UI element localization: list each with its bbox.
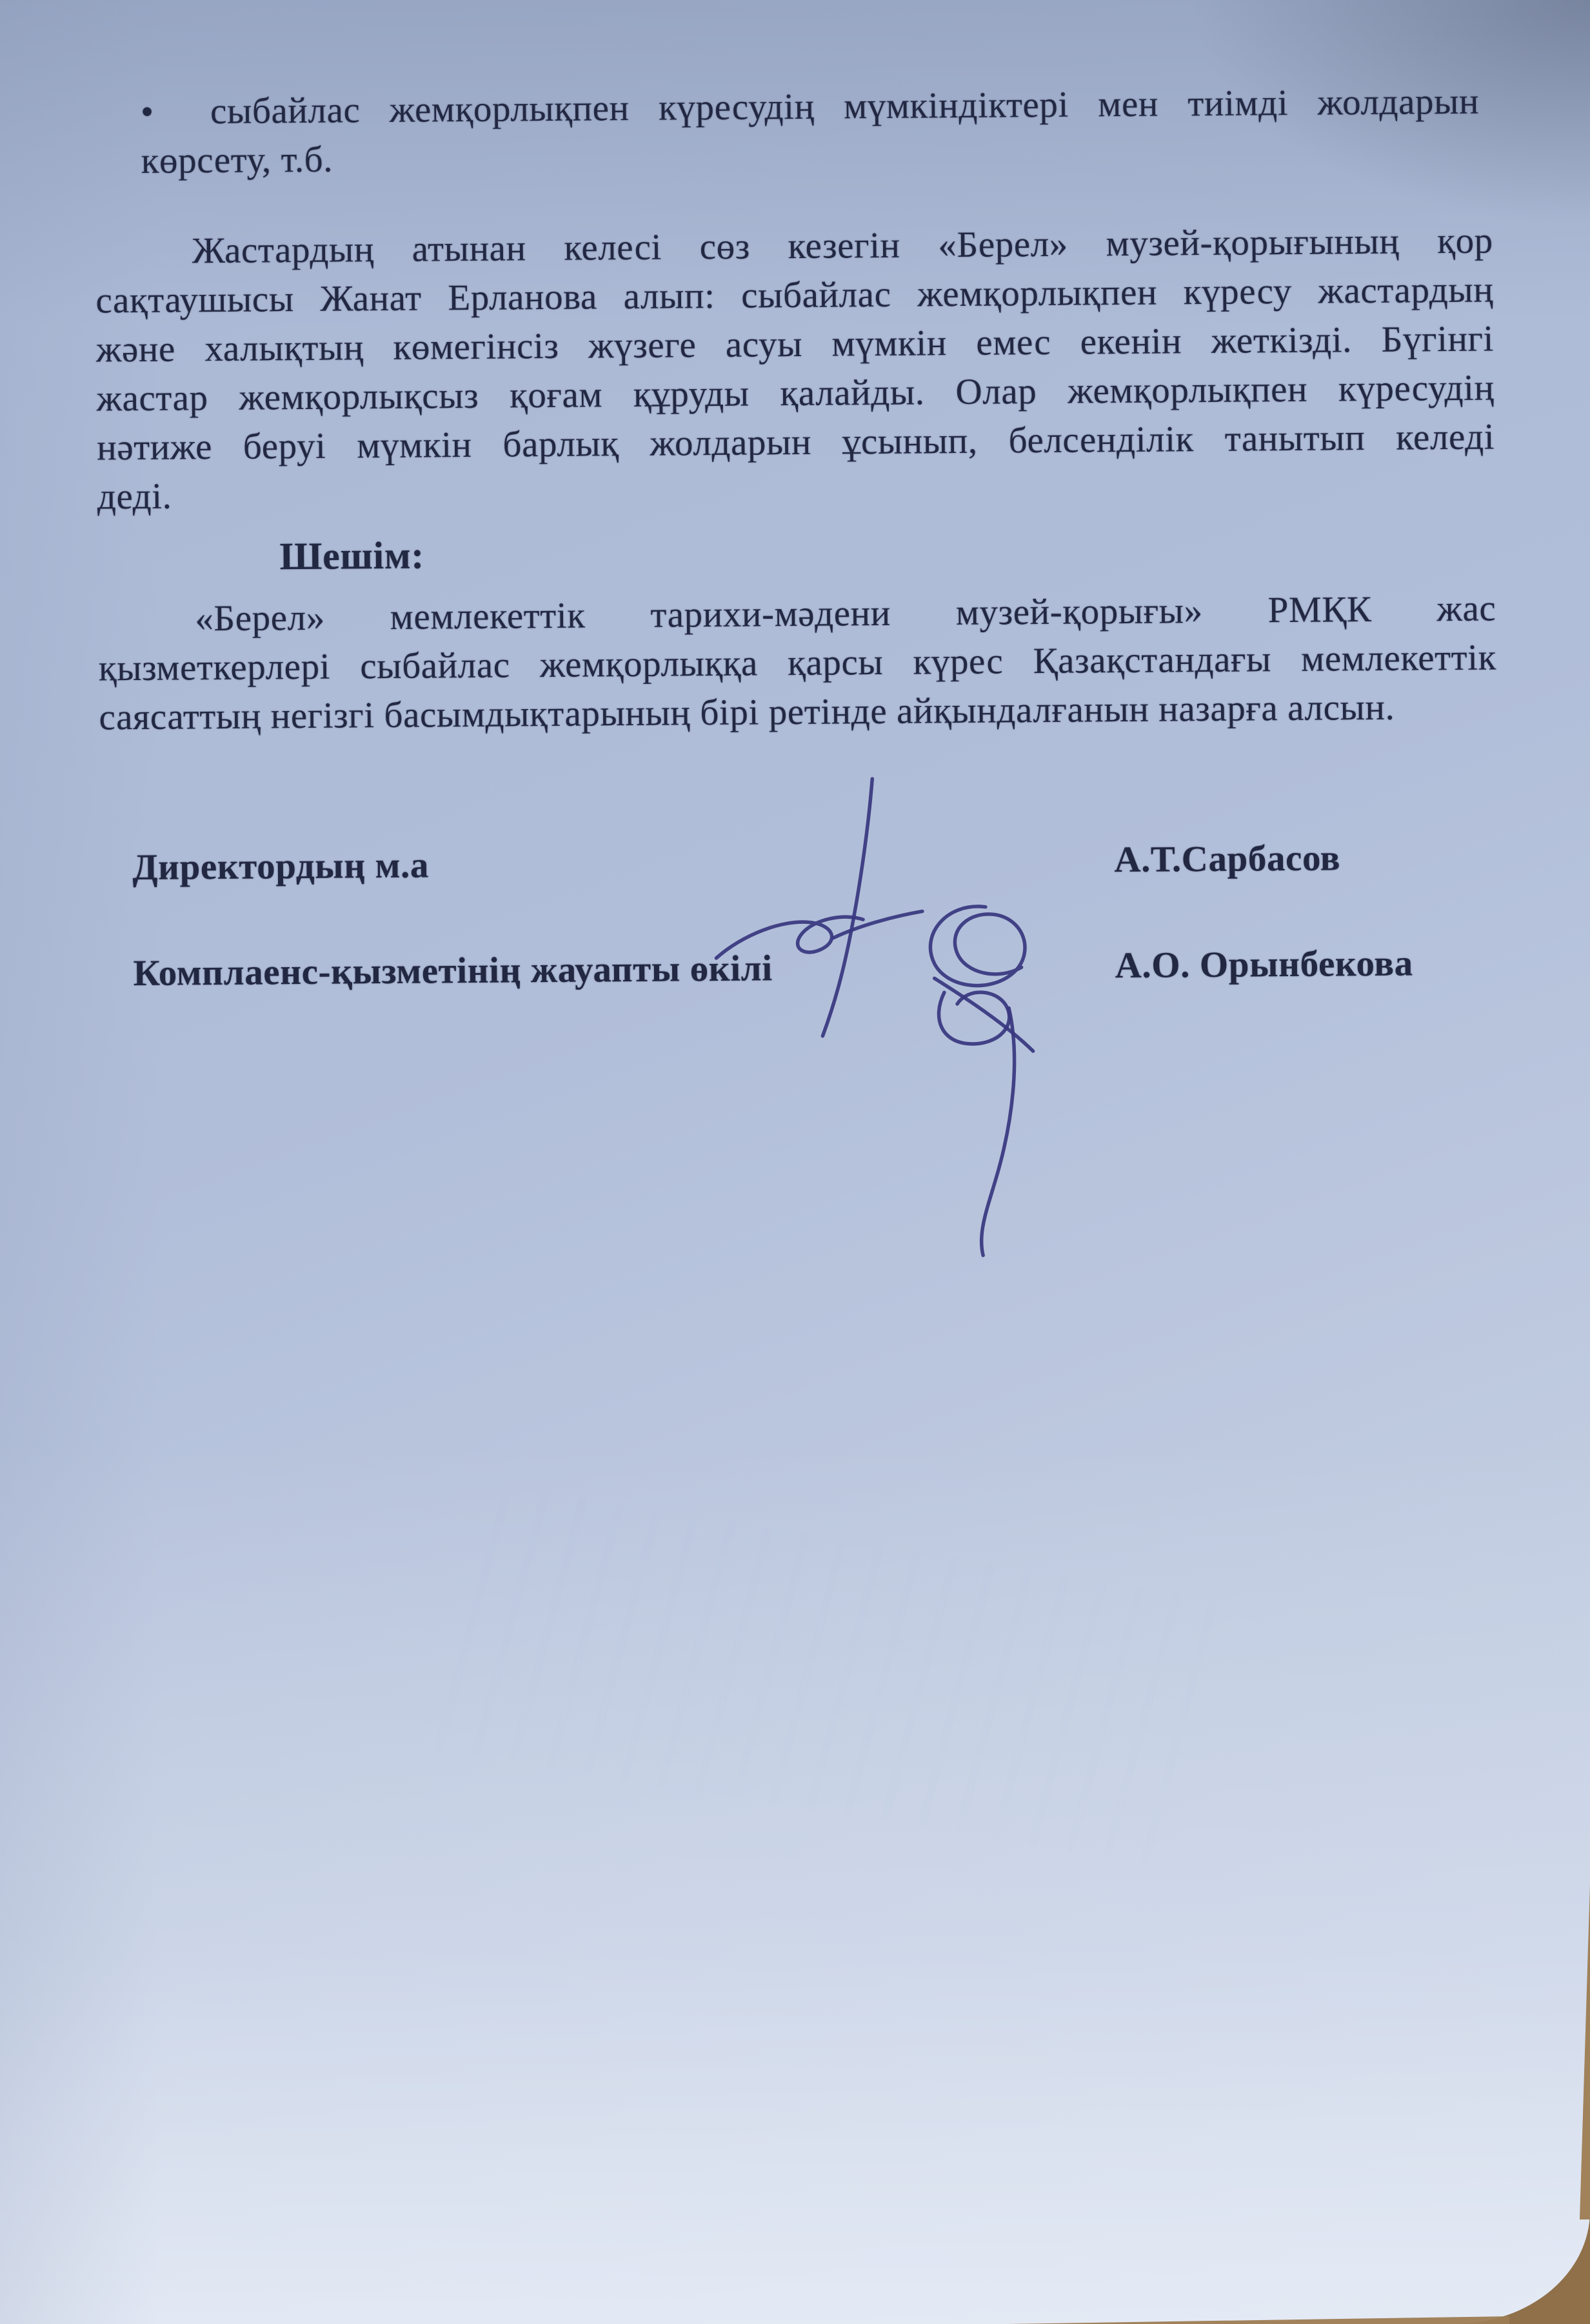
signature-block: Директордың м.а А.Т.Сарбасов Комплаенс-қ… [100, 821, 1502, 1426]
photo-of-document: • сыбайлас жемқорлықпен күресудің мүмкін… [0, 0, 1590, 2324]
signature-ink-compliance-icon [908, 895, 1062, 1261]
signature-ink-director-icon [706, 764, 930, 1043]
decision-paragraph: «Берел» мемлекеттік тарихи-мәдени музей-… [98, 584, 1497, 742]
signature-title-director: Директордың м.а [132, 844, 429, 888]
page-content: • сыбайлас жемқорлықпен күресудің мүмкін… [0, 0, 1590, 1427]
bullet-line: • сыбайлас жемқорлықпен күресудің мүмкін… [141, 77, 1480, 137]
ink-bleed-through [428, 1478, 1224, 1870]
signature-name-compliance: А.О. Орынбекова [1115, 943, 1413, 987]
decision-heading: Шешім: [279, 521, 1496, 582]
bullet-marker: • [141, 92, 154, 132]
paragraph-line: саясаттың негізгі басымдықтарының бірі р… [99, 682, 1497, 742]
bullet-item: • сыбайлас жемқорлықпен күресудің мүмкін… [141, 77, 1480, 186]
signature-title-compliance: Комплаенс-қызметінің жауапты өкілі [133, 947, 773, 994]
speech-paragraph: Жастардың атынан келесі сөз кезегін «Бер… [95, 216, 1496, 521]
bullet-text: сыбайлас жемқорлықпен күресудің мүмкінді… [210, 81, 1479, 132]
signature-name-director: А.Т.Сарбасов [1114, 837, 1340, 881]
document-page: • сыбайлас жемқорлықпен күресудің мүмкін… [0, 0, 1590, 2324]
